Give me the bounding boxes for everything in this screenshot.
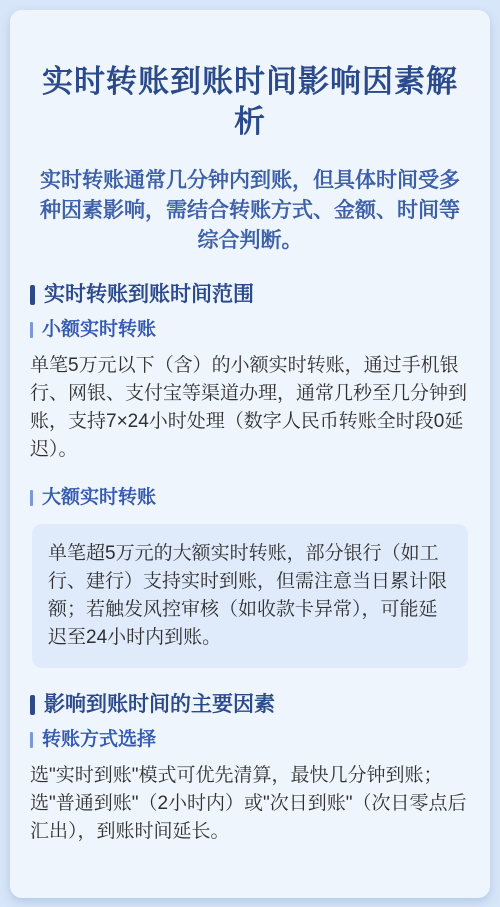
- article-card: 实时转账到账时间影响因素解析 实时转账通常几分钟内到账，但具体时间受多种因素影响…: [10, 10, 490, 898]
- subsection-heading-large-amount: 大额实时转账: [30, 486, 470, 510]
- section-heading-text: 实时转账到账时间范围: [44, 282, 254, 308]
- subsection-heading-text: 小额实时转账: [42, 318, 156, 342]
- subheading-bar-icon: [30, 322, 33, 338]
- heading-bar-icon: [30, 285, 35, 305]
- heading-bar-icon: [30, 695, 35, 715]
- paragraph-small-amount-transfer: 单笔5万元以下（含）的小额实时转账，通过手机银行、网银、支付宝等渠道办理，通常几…: [30, 352, 470, 464]
- subheading-bar-icon: [30, 732, 33, 748]
- subheading-bar-icon: [30, 490, 33, 506]
- subsection-heading-transfer-mode: 转账方式选择: [30, 728, 470, 752]
- page-title: 实时转账到账时间影响因素解析: [30, 62, 470, 142]
- paragraph-large-amount-transfer: 单笔超5万元的大额实时转账，部分银行（如工行、建行）支持实时到账，但需注意当日累…: [48, 540, 452, 652]
- callout-box-large-amount: 单笔超5万元的大额实时转账，部分银行（如工行、建行）支持实时到账，但需注意当日累…: [32, 524, 468, 668]
- section-heading-main-factors: 影响到账时间的主要因素: [30, 692, 470, 718]
- subsection-heading-text: 转账方式选择: [42, 728, 156, 752]
- subsection-heading-text: 大额实时转账: [42, 486, 156, 510]
- page-subtitle: 实时转账通常几分钟内到账，但具体时间受多种因素影响，需结合转账方式、金额、时间等…: [40, 166, 460, 256]
- subsection-heading-small-amount: 小额实时转账: [30, 318, 470, 342]
- paragraph-transfer-mode-choice: 选"实时到账"模式可优先清算，最快几分钟到账；选"普通到账"（2小时内）或"次日…: [30, 762, 470, 846]
- section-heading-arrival-time-range: 实时转账到账时间范围: [30, 282, 470, 308]
- section-heading-text: 影响到账时间的主要因素: [44, 692, 275, 718]
